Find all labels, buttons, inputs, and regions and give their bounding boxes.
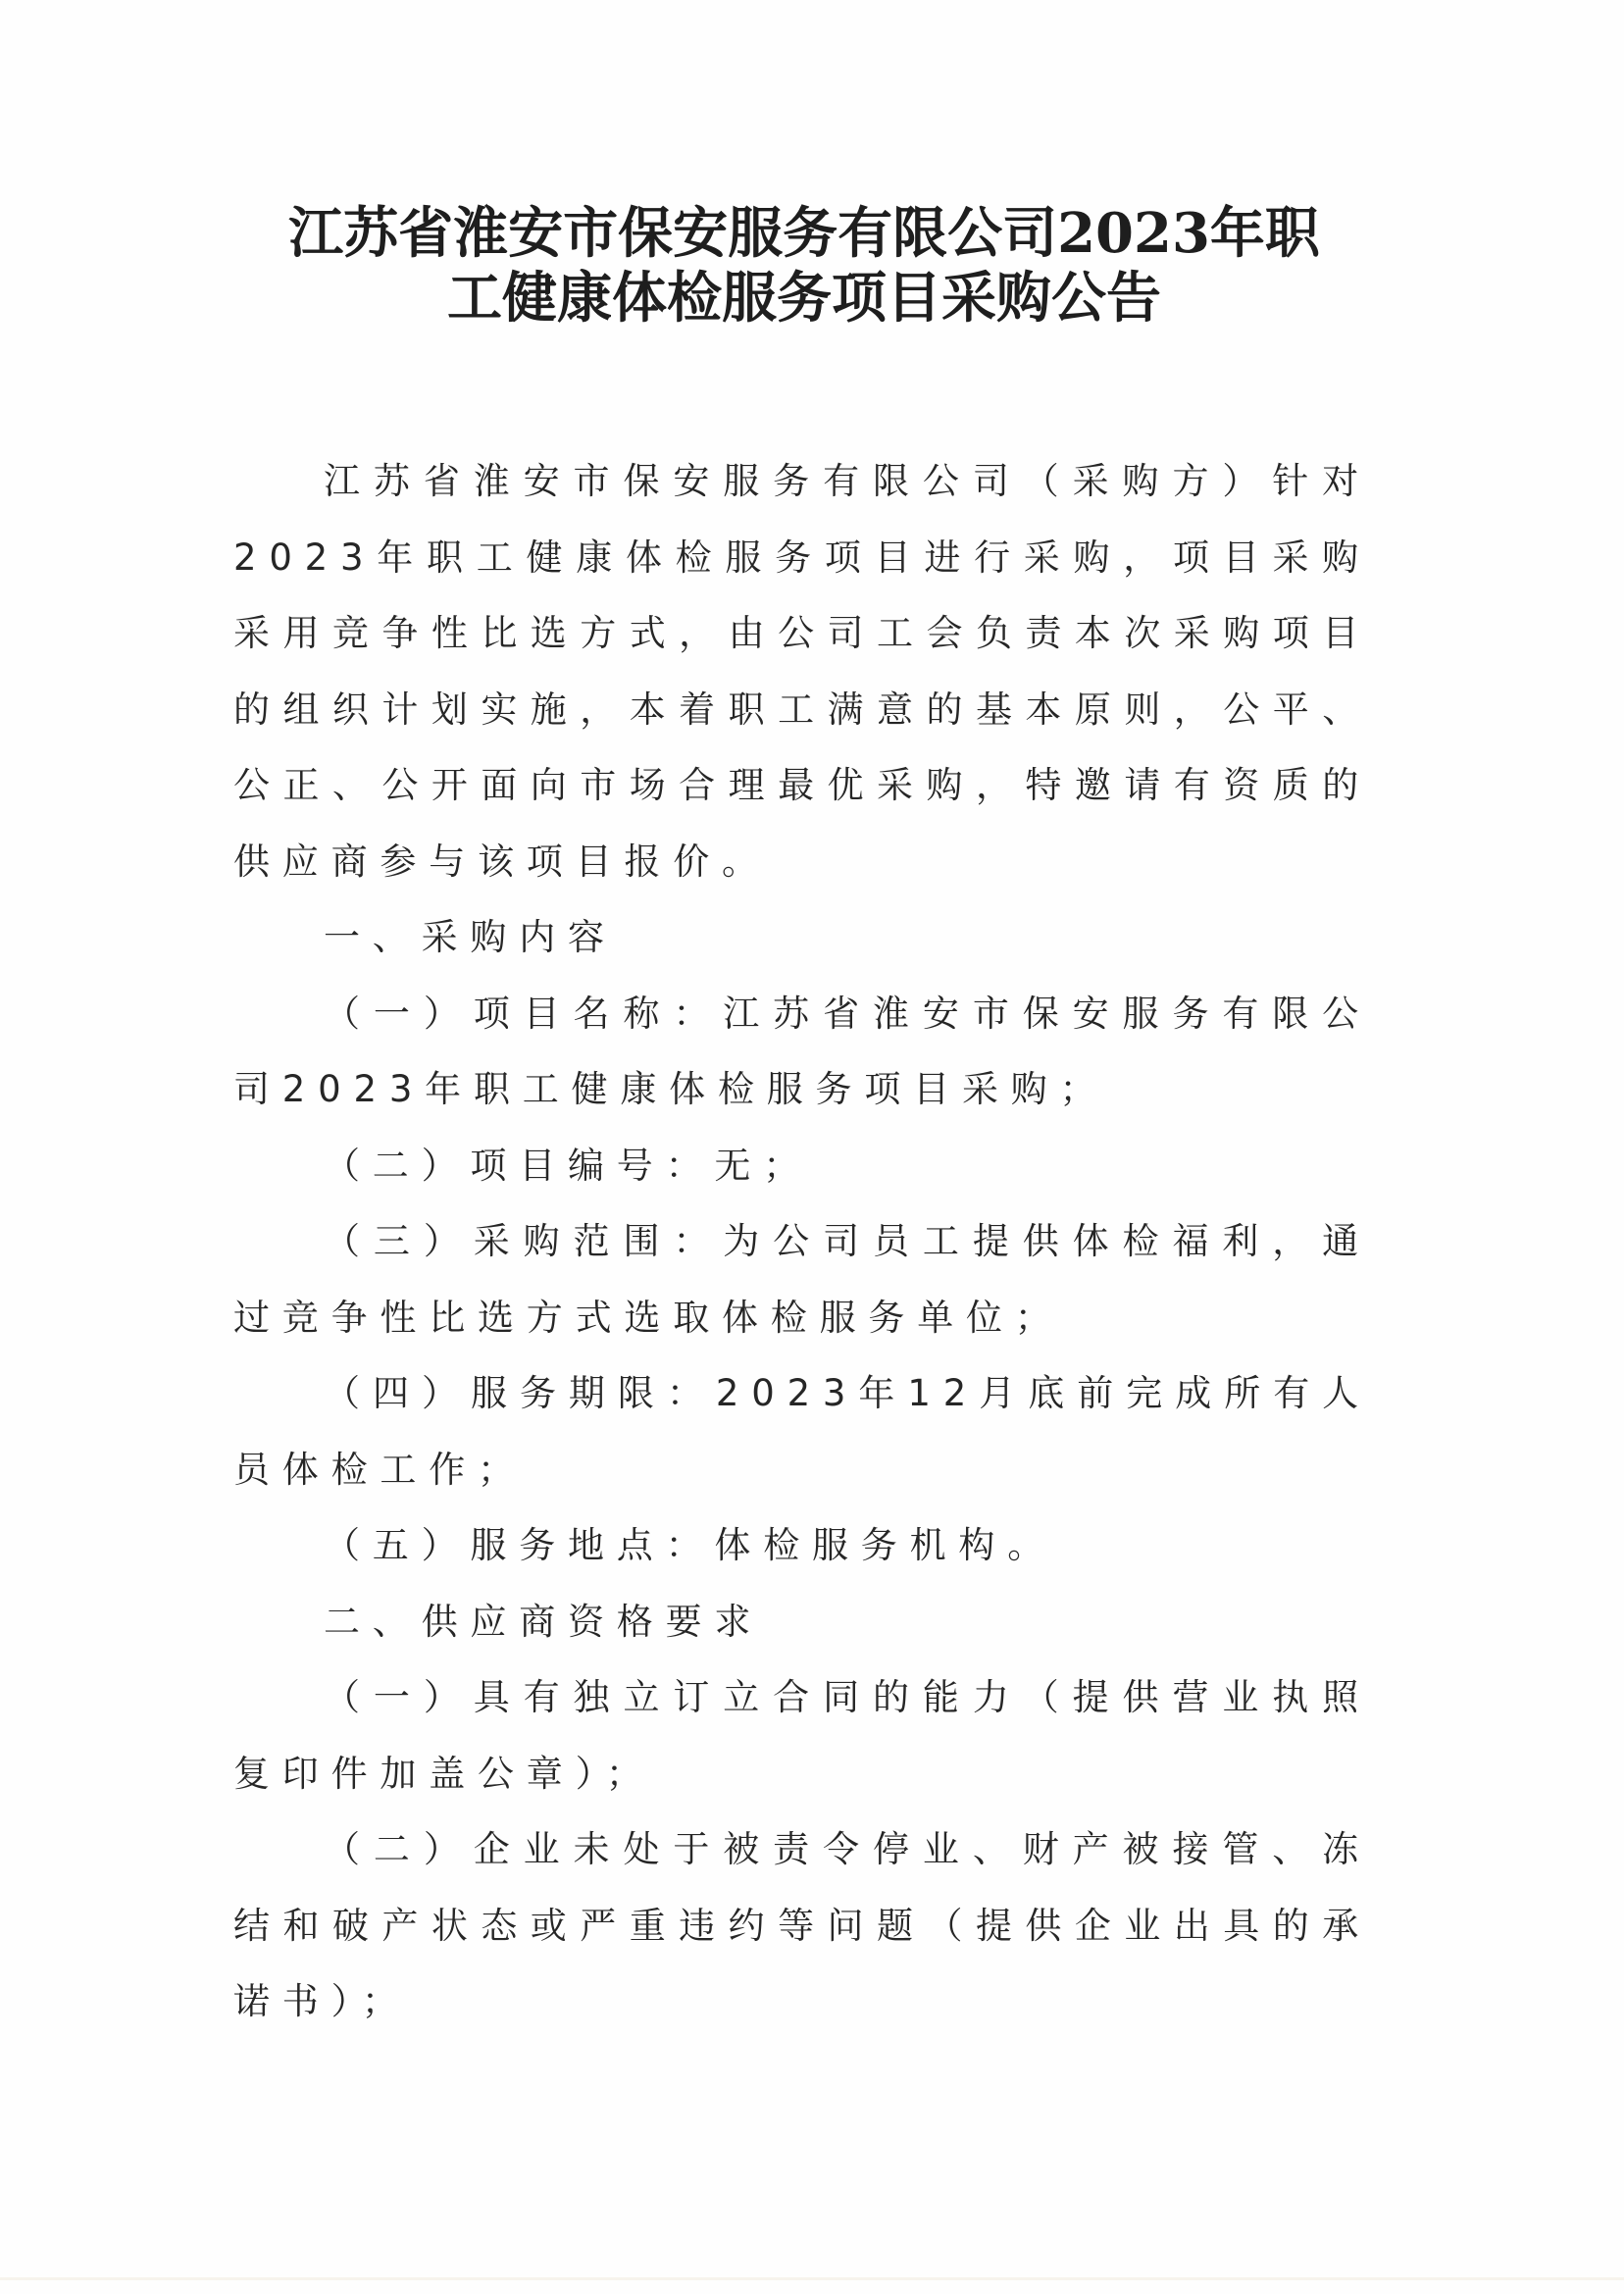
- procurement-item-project-number: （二）项目编号：无；: [233, 1128, 1371, 1204]
- section-heading-procurement-content: 一、采购内容: [233, 899, 1371, 976]
- section-heading-supplier-qualifications: 二、供应商资格要求: [233, 1584, 1371, 1660]
- procurement-item-service-period: （四）服务期限：2023年12月底前完成所有人员体检工作；: [233, 1355, 1371, 1507]
- procurement-item-project-name: （一）项目名称：江苏省淮安市保安服务有限公司2023年职工健康体检服务项目采购；: [233, 976, 1371, 1128]
- intro-paragraph: 江苏省淮安市保安服务有限公司（采购方）针对2023年职工健康体检服务项目进行采购…: [233, 443, 1371, 899]
- procurement-item-scope: （三）采购范围：为公司员工提供体检福利，通过竞争性比选方式选取体检服务单位；: [233, 1203, 1371, 1355]
- qualification-item-contract-capacity: （一）具有独立订立合同的能力（提供营业执照复印件加盖公章）；: [233, 1659, 1371, 1811]
- title-line-1: 江苏省淮安市保安服务有限公司2023年职: [235, 201, 1373, 266]
- qualification-item-good-standing: （二）企业未处于被责令停业、财产被接管、冻结和破产状态或严重违约等问题（提供企业…: [233, 1811, 1371, 2040]
- procurement-item-service-location: （五）服务地点：体检服务机构。: [233, 1507, 1371, 1584]
- document-title: 江苏省淮安市保安服务有限公司2023年职 工健康体检服务项目采购公告: [235, 201, 1373, 331]
- document-page: 江苏省淮安市保安服务有限公司2023年职 工健康体检服务项目采购公告 江苏省淮安…: [0, 0, 1624, 2294]
- title-line-2: 工健康体检服务项目采购公告: [235, 266, 1373, 331]
- document-body: 江苏省淮安市保安服务有限公司（采购方）针对2023年职工健康体检服务项目进行采购…: [233, 443, 1371, 2040]
- scan-edge-line: [0, 2277, 1624, 2280]
